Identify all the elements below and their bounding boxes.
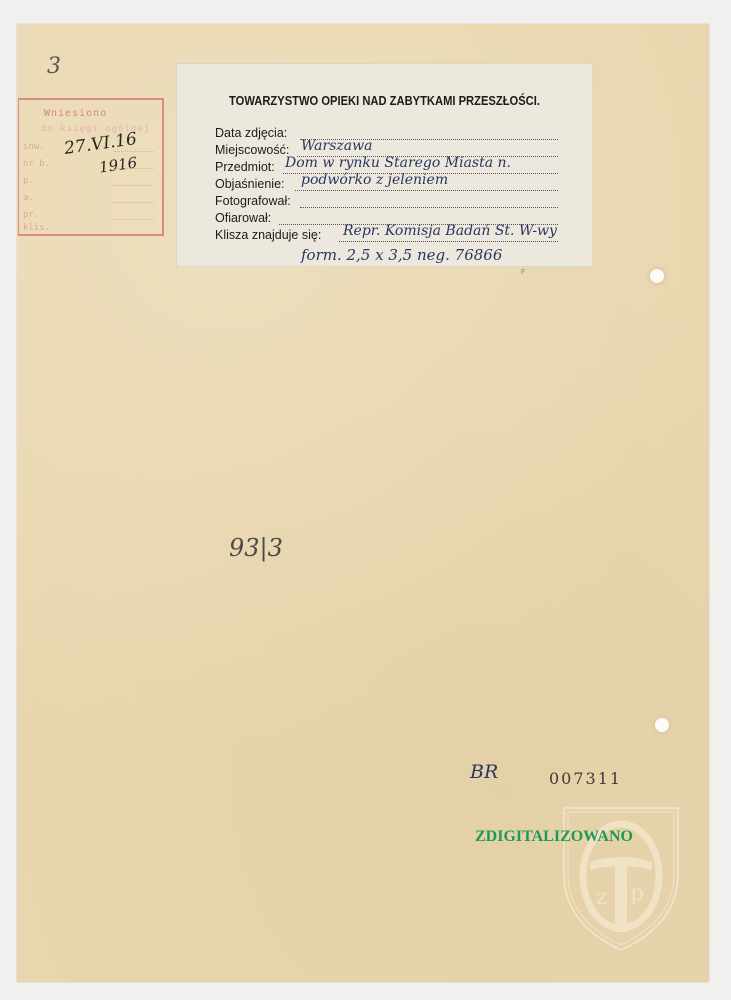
stamp-row: klis. <box>23 223 50 233</box>
field-label: Fotografował: <box>215 194 291 208</box>
field-data-zdjecia: Data zdjęcia: <box>215 126 287 144</box>
initials: BR <box>470 761 498 783</box>
stamp-handwritten-year: 1916 <box>98 153 138 176</box>
dotted-line <box>295 190 558 191</box>
archival-page: 3 Wniesiono do księgi ogólnej inw. nr b.… <box>17 24 709 982</box>
field-przedmiot: Przedmiot: Dom w rynku Starego Miasta n. <box>215 160 275 178</box>
folio-number: 93|3 <box>229 534 283 562</box>
card-title: TOWARZYSTWO OPIEKI NAD ZABYTKAMI PRZESZŁ… <box>206 93 563 108</box>
field-ofiarowal: Ofiarował: <box>215 211 271 229</box>
field-fotografowal: Fotografował: <box>215 194 291 212</box>
corner-number: 3 <box>47 54 61 79</box>
field-value: Dom w rynku Starego Miasta n. <box>285 155 511 171</box>
field-value: Warszawa <box>301 138 372 154</box>
dotted-line <box>300 207 558 208</box>
stamp-dotted-line <box>114 219 154 220</box>
svg-text:z: z <box>596 885 608 910</box>
punch-hole <box>650 269 664 283</box>
field-objasnienie: Objaśnienie: podwórko z jeleniem <box>215 177 285 195</box>
catalog-card: TOWARZYSTWO OPIEKI NAD ZABYTKAMI PRZESZŁ… <box>176 63 593 267</box>
stamp-row: nr b. <box>23 159 50 169</box>
svg-text:p: p <box>630 881 644 906</box>
stamp-row: pr. <box>23 210 39 220</box>
field-label: Ofiarował: <box>215 211 271 225</box>
digitized-stamp: ZDIGITALIZOWANO <box>475 828 633 846</box>
field-label: Miejscowość: <box>215 143 289 157</box>
stamp-row: a. <box>23 193 34 203</box>
dotted-line <box>339 241 558 242</box>
field-value: podwórko z jeleniem <box>301 172 448 188</box>
tonzp-watermark-icon: z p <box>560 804 682 952</box>
stamp-title: Wniesiono <box>44 108 107 119</box>
stamp-row: inw. <box>23 142 45 152</box>
field-klisza: Klisza znajduje się: Repr. Komisja Badań… <box>215 228 321 246</box>
stamp-dotted-line <box>114 185 154 186</box>
inventory-number: 007311 <box>549 769 622 788</box>
stamp-dotted-line <box>114 202 154 203</box>
receipt-stamp: Wniesiono do księgi ogólnej inw. nr b. p… <box>18 98 164 236</box>
field-label: Objaśnienie: <box>215 177 285 191</box>
pencil-mark: F <box>521 269 525 276</box>
stamp-row: p. <box>23 176 34 186</box>
punch-hole <box>655 718 669 732</box>
negative-info: form. 2,5 x 3,5 neg. 76866 <box>301 246 502 264</box>
field-label: Klisza znajduje się: <box>215 228 321 242</box>
field-label: Przedmiot: <box>215 160 275 174</box>
field-value: Repr. Komisja Badań St. W-wy <box>343 223 557 239</box>
field-miejscowosc: Miejscowość: Warszawa <box>215 143 289 161</box>
field-label: Data zdjęcia: <box>215 126 287 140</box>
